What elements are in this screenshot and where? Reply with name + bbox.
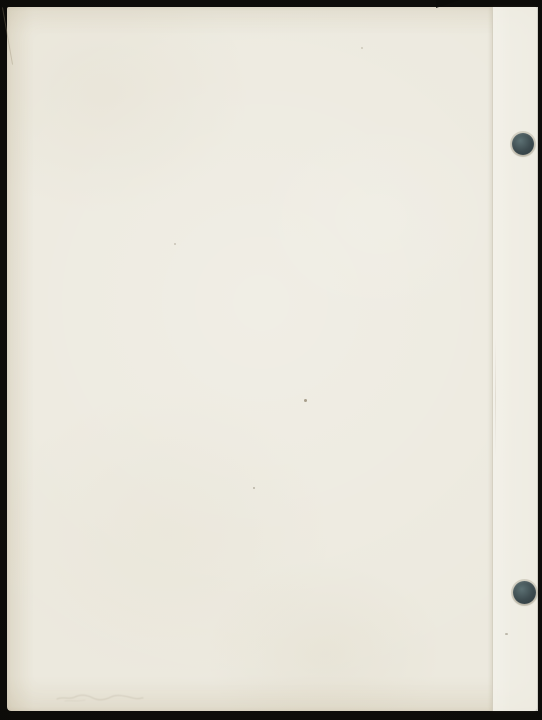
paper-speck — [361, 47, 363, 49]
hole-punch-top-right — [512, 133, 534, 155]
scanner-background — [0, 0, 542, 720]
faint-pencil-smudge — [55, 691, 145, 703]
blank-document-page — [7, 7, 537, 711]
paper-speck — [304, 399, 307, 402]
paper-speck — [505, 633, 508, 635]
corner-crease — [2, 7, 13, 64]
vertical-crease — [495, 337, 496, 457]
hole-punch-bottom-right — [513, 581, 536, 604]
paper-right-edge-band — [492, 7, 538, 711]
paper-speck — [253, 487, 255, 489]
paper-speck — [174, 243, 176, 245]
